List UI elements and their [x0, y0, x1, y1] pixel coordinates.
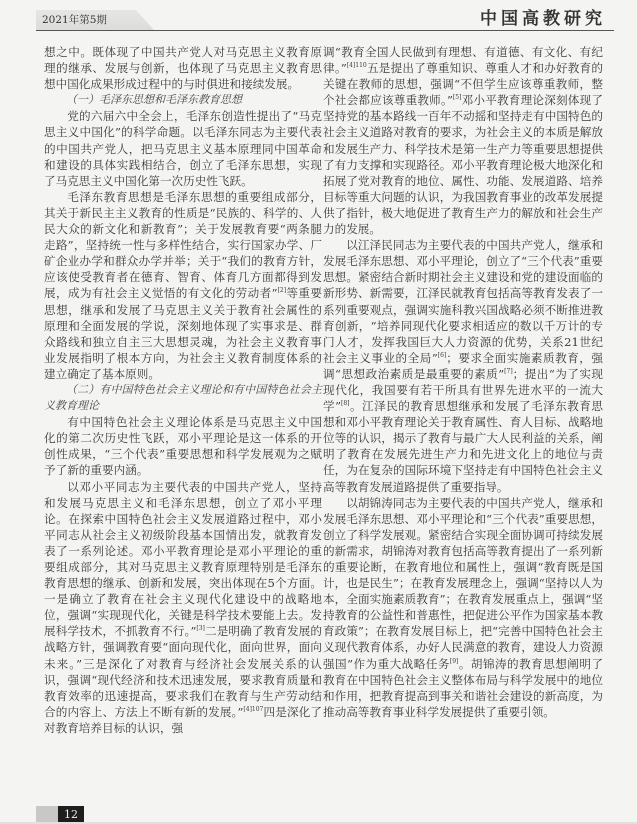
- citation-ref: [6]: [438, 352, 447, 359]
- citation-ref: [2]: [278, 287, 287, 294]
- running-header: 2021年第5期 中国高教研究: [36, 8, 614, 31]
- citation-ref: [4]110: [347, 62, 367, 69]
- paragraph: 毛泽东教育思想是毛泽东思想的重要组成部分，其关于新民主主义教育的性质是“民族的、…: [44, 189, 322, 382]
- right-column: 调“教育全国人民做到有理想、有道德、有文化、有纪律。”[4]110五是提出了尊重…: [323, 44, 603, 720]
- citation-ref: [7]: [504, 368, 513, 375]
- paragraph: 想之中。既体现了中国共产党人对马克思主义教育原理的继承、发展与创新，也体现了马克…: [44, 44, 322, 92]
- citation-ref: [4]107: [243, 706, 263, 713]
- paragraph: 调“教育全国人民做到有理想、有道德、有文化、有纪律。”[4]110五是提出了尊重…: [323, 44, 603, 237]
- paragraph: 以胡锦涛同志为主要代表的中国共产党人，继承和发展毛泽东思想、邓小平理论和“三个代…: [323, 495, 603, 720]
- paragraph: 以邓小平同志为主要代表的中国共产党人，坚持和发展马克思主义和毛泽东思想，创立了邓…: [44, 479, 322, 737]
- section-subheading: （二）有中国特色社会主义理论和有中国特色社会主义教育理论: [44, 382, 322, 414]
- section-subheading: （一）毛泽东思想和毛泽东教育思想: [44, 92, 322, 108]
- issue-label: 2021年第5期: [36, 10, 154, 30]
- paragraph: 党的六届六中全会上，毛泽东创造性提出了“马克思主义中国化”的科学命题。以毛泽东同…: [44, 108, 322, 188]
- citation-ref: [3]: [196, 625, 205, 632]
- journal-title: 中国高教研究: [480, 8, 606, 30]
- paragraph: 有中国特色社会主义理论体系是马克思主义中国化的第二次历史性飞跃，邓小平理论是这一…: [44, 414, 322, 478]
- left-column: 想之中。既体现了中国共产党人对马克思主义教育原理的继承、发展与创新，也体现了马克…: [44, 44, 322, 736]
- paragraph: 以江泽民同志为主要代表的中国共产党人，继承和发展毛泽东思想、邓小平理论，创立了“…: [323, 237, 603, 495]
- citation-ref: [8]: [341, 400, 350, 407]
